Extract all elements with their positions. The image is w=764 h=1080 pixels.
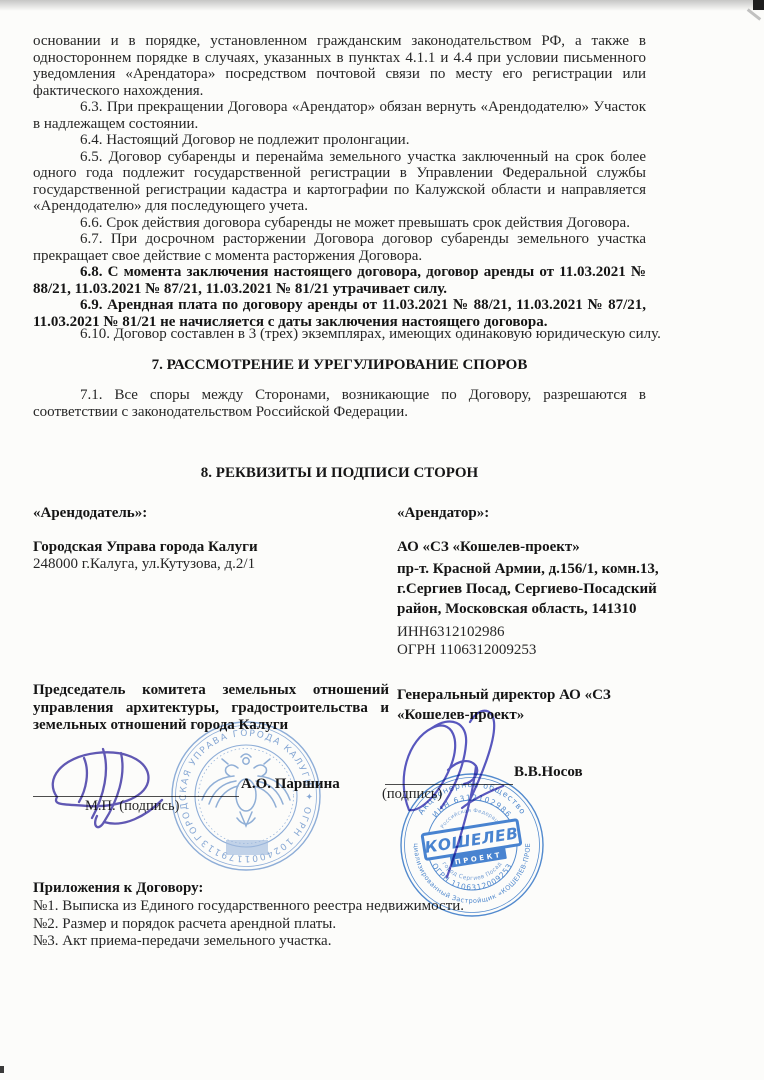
koshelev-seal-city-text: город Сергиев Посад [441,861,504,882]
appendix-item-2: №2. Размер и порядок расчета арендной пл… [33,916,336,934]
appendices-heading: Приложения к Договору: [33,880,203,898]
clause-6-6: 6.6. Срок действия договора субаренды не… [33,215,693,232]
clause-6-5: 6.5. Договор субаренды и перенайма земел… [33,149,646,215]
tenant-address-line-2: г.Сергиев Посад, Сергиево-Посадский [397,579,657,599]
koshelev-seal-country-text: Российская Федерация [440,808,504,830]
svg-text:ИНН 6312102986: ИНН 6312102986 [430,793,513,820]
tenant-ogrn: ОГРН 1106312009253 [397,642,536,659]
svg-text:Российская Федерация: Российская Федерация [440,808,504,830]
landlord-signature-line [33,796,239,797]
clause-6-4: 6.4. Настоящий Договор не подлежит проло… [33,132,693,149]
svg-text:город Сергиев Посад: город Сергиев Посад [441,861,504,882]
clause-6-3: 6.3. При прекращении Договора «Арендатор… [33,99,646,132]
section-8-heading: 8. РЕКВИЗИТЫ И ПОДПИСИ СТОРОН [33,465,646,482]
section-7-heading: 7. РАССМОТРЕНИЕ И УРЕГУЛИРОВАНИЕ СПОРОВ [33,357,646,374]
tenant-sign-note: (подпись) [382,786,442,803]
tenant-signer-name: В.В.Носов [514,764,583,781]
svg-text:ОГРН 1106312009253: ОГРН 1106312009253 [430,862,514,893]
tenant-inn: ИНН6312102986 [397,624,505,641]
tenant-signature-line [385,784,513,785]
landlord-seal-note: М.П. (подпись) [85,798,179,815]
koshelev-logo-main: КОШЕЛЕВ [424,824,520,857]
clause-6-7: 6.7. При досрочном расторжении Договора … [33,231,646,264]
landlord-signer-name: А.О. Паршина [241,776,340,793]
koshelev-logo: КОШЕЛЕВ ПРОЕКТ [422,820,523,872]
tenant-label: «Арендатор»: [397,505,489,522]
koshelev-seal-ogrn-text: ОГРН 1106312009253 [430,862,514,893]
landlord-label: «Арендодатель»: [33,505,147,522]
tenant-signer-title: Генеральный директор АО «СЗ «Кошелев-про… [397,685,665,725]
clause-6-10: 6.10. Договор составлен в 3 (трех) экзем… [33,326,693,343]
scan-artifact [0,1066,4,1073]
koshelev-logo-sub: ПРОЕКТ [454,851,502,866]
clause-6-8: 6.8. С момента заключения настоящего дог… [33,264,646,297]
landlord-signer-title: Председатель комитета земельных отношени… [33,682,389,735]
landlord-name: Городская Управа города Калуги [33,539,258,556]
seal-ink-smudge [226,840,268,855]
scan-edge-shadow [0,0,764,11]
scan-artifact [753,0,764,10]
landlord-signature [53,749,162,827]
scanned-contract-page: основании и в порядке, установленном гра… [0,0,764,1080]
tenant-address-line-1: пр-т. Красной Армии, д.156/1, комн.13, [397,559,659,579]
clause-7-1: 7.1. Все споры между Сторонами, возникаю… [33,387,646,420]
landlord-address: 248000 г.Калуга, ул.Кутузова, д.2/1 [33,556,255,573]
koshelev-seal-inn-text: ИНН 6312102986 [430,793,513,820]
tenant-address-line-3: район, Московская область, 141310 [397,599,637,619]
appendix-item-1: №1. Выписка из Единого государственного … [33,898,464,916]
appendix-item-3: №3. Акт приема-передачи земельного участ… [33,933,331,951]
tenant-name: АО «СЗ «Кошелев-проект» [397,539,580,556]
clause-intro: основании и в порядке, установленном гра… [33,33,646,99]
